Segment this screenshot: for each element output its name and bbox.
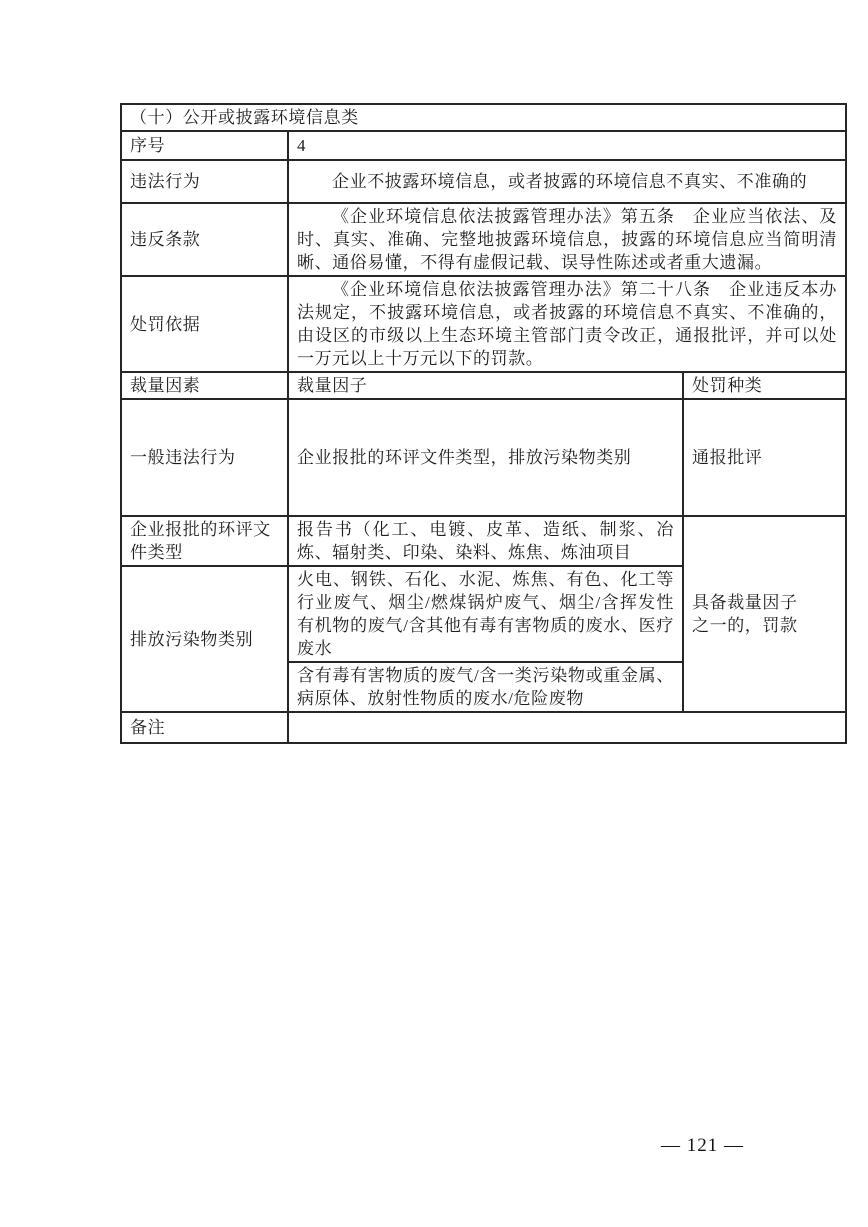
general-violation-factor: 企业报批的环评文件类型，排放污染物类别 xyxy=(288,399,683,516)
pollutant-category-label: 排放污染物类别 xyxy=(121,566,288,712)
remarks-value xyxy=(288,712,846,743)
general-violation-label: 一般违法行为 xyxy=(121,399,288,516)
illegal-act-value: 企业不披露环境信息，或者披露的环境信息不真实、不准确的 xyxy=(288,160,846,203)
eia-doc-type-label: 企业报批的环评文件类型 xyxy=(121,516,288,566)
pollutant-factor-row1: 火电、钢铁、石化、水泥、炼焦、有色、化工等行业废气、烟尘/燃煤锅炉废气、烟尘/含… xyxy=(288,566,683,662)
remarks-label: 备注 xyxy=(121,712,288,743)
violated-clause-value: 《企业环境信息依法披露管理办法》第五条 企业应当依法、及时、真实、准确、完整地披… xyxy=(288,203,846,276)
violated-clause-label: 违反条款 xyxy=(121,203,288,276)
general-violation-penalty: 通报批评 xyxy=(683,399,846,516)
table-row: 备注 xyxy=(121,712,846,743)
table-row: 违反条款 《企业环境信息依法披露管理办法》第五条 企业应当依法、及时、真实、准确… xyxy=(121,203,846,276)
violation-table: （十）公开或披露环境信息类 序号 4 违法行为 企业不披露环境信息，或者披露的环… xyxy=(120,103,847,744)
penalty-basis-label: 处罚依据 xyxy=(121,276,288,372)
discretion-factor-header: 裁量因子 xyxy=(288,372,683,399)
serial-label: 序号 xyxy=(121,131,288,160)
penalty-basis-value: 《企业环境信息依法披露管理办法》第二十八条 企业违反本办法规定，不披露环境信息，… xyxy=(288,276,846,372)
table-row: 处罚依据 《企业环境信息依法披露管理办法》第二十八条 企业违反本办法规定，不披露… xyxy=(121,276,846,372)
table-row: 一般违法行为 企业报批的环评文件类型，排放污染物类别 通报批评 xyxy=(121,399,846,516)
document-page: （十）公开或披露环境信息类 序号 4 违法行为 企业不披露环境信息，或者披露的环… xyxy=(0,0,868,1227)
table-row: 企业报批的环评文件类型 报告书（化工、电镀、皮革、造纸、制浆、冶炼、辐射类、印染… xyxy=(121,516,846,566)
category-header-cell: （十）公开或披露环境信息类 xyxy=(121,104,846,131)
serial-value: 4 xyxy=(288,131,846,160)
table-row: 序号 4 xyxy=(121,131,846,160)
penalty-type-header: 处罚种类 xyxy=(683,372,846,399)
table-row: （十）公开或披露环境信息类 xyxy=(121,104,846,131)
eia-doc-type-factor: 报告书（化工、电镀、皮革、造纸、制浆、冶炼、辐射类、印染、染料、炼焦、炼油项目 xyxy=(288,516,683,566)
table-row: 裁量因素 裁量因子 处罚种类 xyxy=(121,372,846,399)
discretion-factor-category-header: 裁量因素 xyxy=(121,372,288,399)
illegal-act-label: 违法行为 xyxy=(121,160,288,203)
penalty-with-factor-cell: 具备裁量因子 之一的，罚款 xyxy=(683,516,846,712)
pollutant-factor-row2: 含有毒有害物质的废气/含一类污染物或重金属、病原体、放射性物质的废水/危险废物 xyxy=(288,662,683,712)
table-row: 违法行为 企业不披露环境信息，或者披露的环境信息不真实、不准确的 xyxy=(121,160,846,203)
page-number: — 121 — xyxy=(661,1135,744,1157)
